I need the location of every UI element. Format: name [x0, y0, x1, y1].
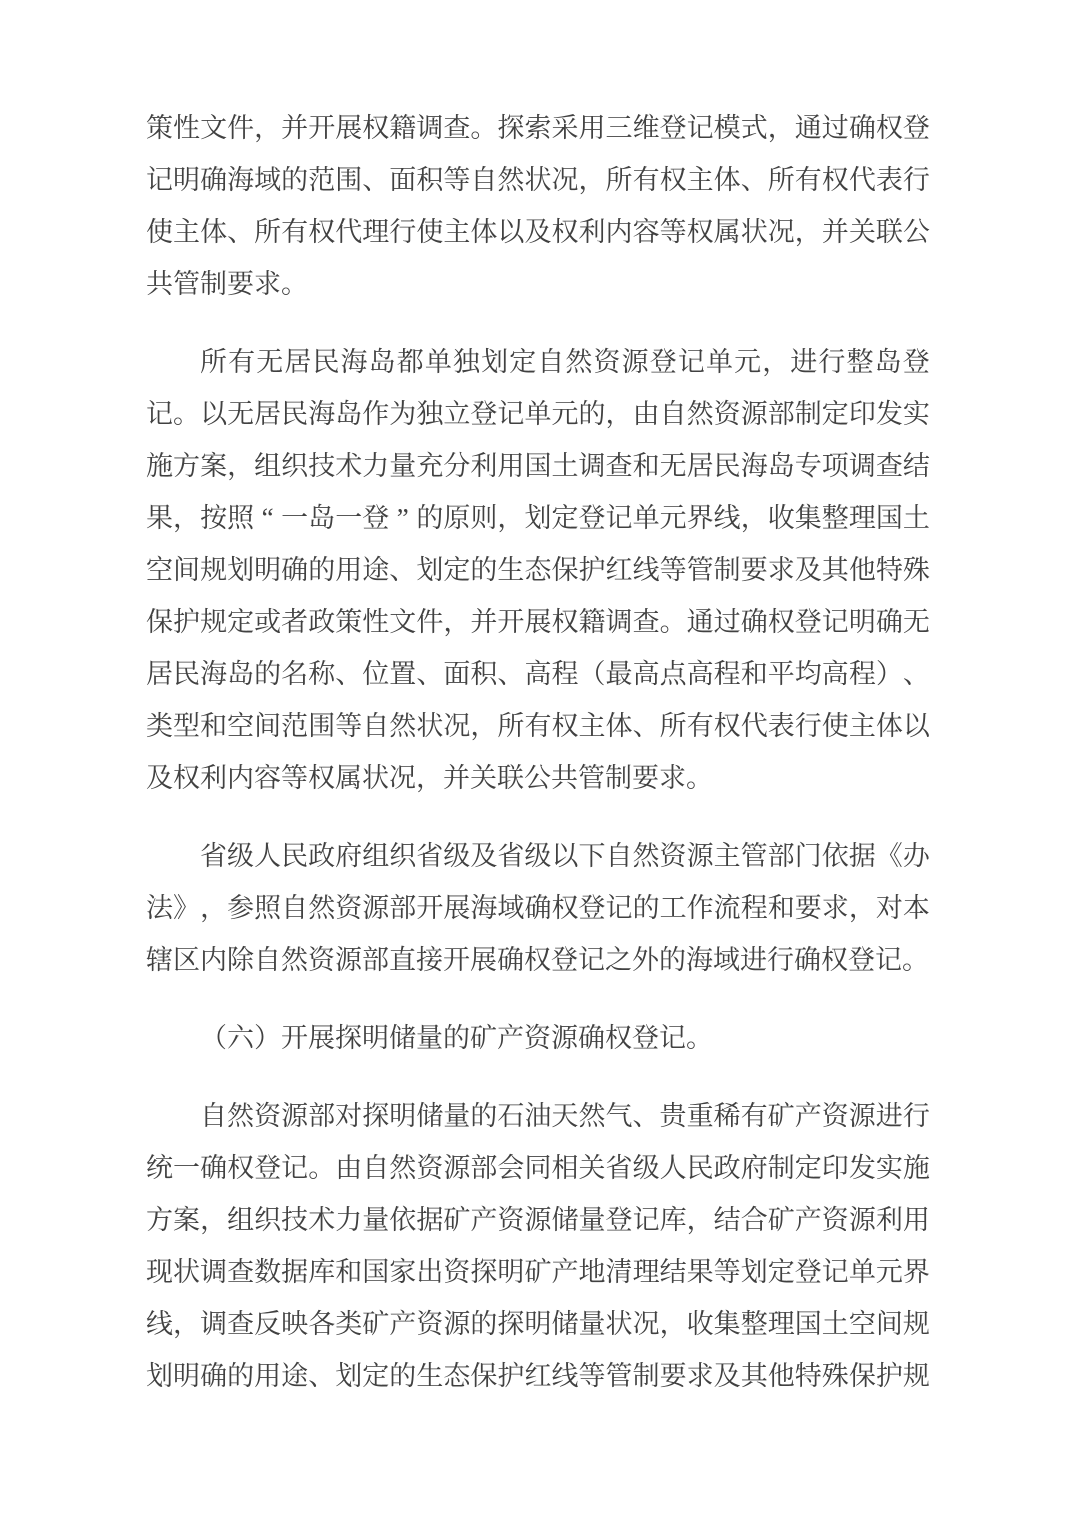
heading-line: （六）开展探明储量的矿产资源确权登记。	[146, 1012, 930, 1064]
text-line: 使主体、所有权代理行使主体以及权利内容等权属状况，并关联公	[146, 206, 930, 258]
text-line: 法》，参照自然资源部开展海域确权登记的工作流程和要求，对本	[146, 882, 930, 934]
text-line: 省级人民政府组织省级及省级以下自然资源主管部门依据《办	[146, 830, 930, 882]
text-line: 施方案，组织技术力量充分利用国土调查和无居民海岛专项调查结	[146, 440, 930, 492]
text-line: 统一确权登记。由自然资源部会同相关省级人民政府制定印发实施	[146, 1142, 930, 1194]
text-line: 辖区内除自然资源部直接开展确权登记之外的海域进行确权登记。	[146, 934, 930, 986]
text-line: 记。以无居民海岛作为独立登记单元的，由自然资源部制定印发实	[146, 388, 930, 440]
text-line: 策性文件，并开展权籍调查。探索采用三维登记模式，通过确权登	[146, 102, 930, 154]
text-line: 居民海岛的名称、位置、面积、高程（最高点高程和平均高程）、	[146, 648, 930, 700]
document-page-body: 策性文件，并开展权籍调查。探索采用三维登记模式，通过确权登记明确海域的范围、面积…	[146, 102, 930, 1402]
paragraph-continuation-sea-areas: 策性文件，并开展权籍调查。探索采用三维登记模式，通过确权登记明确海域的范围、面积…	[146, 102, 930, 310]
text-line: 方案，组织技术力量依据矿产资源储量登记库，结合矿产资源利用	[146, 1194, 930, 1246]
text-line: 划明确的用途、划定的生态保护红线等管制要求及其他特殊保护规	[146, 1350, 930, 1402]
document-page: 策性文件，并开展权籍调查。探索采用三维登记模式，通过确权登记明确海域的范围、面积…	[0, 0, 1074, 1520]
text-line: 现状调查数据库和国家出资探明矿产地清理结果等划定登记单元界	[146, 1246, 930, 1298]
heading-section-6: （六）开展探明储量的矿产资源确权登记。	[146, 1012, 930, 1064]
text-line: 类型和空间范围等自然状况，所有权主体、所有权代表行使主体以	[146, 700, 930, 752]
text-line: 所有无居民海岛都单独划定自然资源登记单元，进行整岛登	[146, 336, 930, 388]
paragraph-mineral-resources: 自然资源部对探明储量的石油天然气、贵重稀有矿产资源进行统一确权登记。由自然资源部…	[146, 1090, 930, 1402]
paragraph-uninhabited-islands: 所有无居民海岛都单独划定自然资源登记单元，进行整岛登记。以无居民海岛作为独立登记…	[146, 336, 930, 804]
text-line: 空间规划明确的用途、划定的生态保护红线等管制要求及其他特殊	[146, 544, 930, 596]
text-line: 线，调查反映各类矿产资源的探明储量状况，收集整理国土空间规	[146, 1298, 930, 1350]
text-line: 自然资源部对探明储量的石油天然气、贵重稀有矿产资源进行	[146, 1090, 930, 1142]
paragraph-provincial-governments: 省级人民政府组织省级及省级以下自然资源主管部门依据《办法》，参照自然资源部开展海…	[146, 830, 930, 986]
text-line: 果，按照“一岛一登”的原则，划定登记单元界线，收集整理国土	[146, 492, 930, 544]
text-line: 共管制要求。	[146, 258, 930, 310]
text-line: 记明确海域的范围、面积等自然状况，所有权主体、所有权代表行	[146, 154, 930, 206]
text-line: 保护规定或者政策性文件，并开展权籍调查。通过确权登记明确无	[146, 596, 930, 648]
text-line: 及权利内容等权属状况，并关联公共管制要求。	[146, 752, 930, 804]
